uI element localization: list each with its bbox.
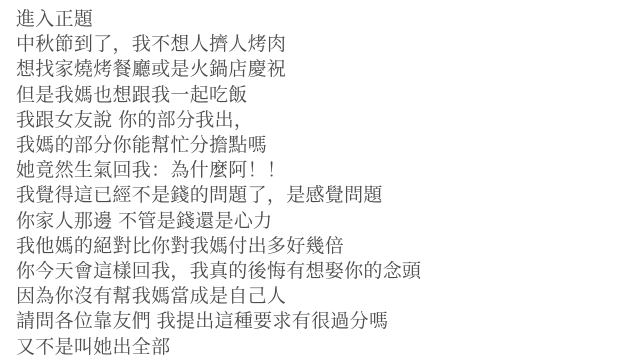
post-line: 進入正題 [16, 7, 614, 32]
post-content: 進入正題 中秋節到了，我不想人擠人烤肉 想找家燒烤餐廳或是火鍋店慶祝 但是我媽也… [0, 0, 624, 360]
post-line: 你家人那邊 不管是錢還是心力 [16, 209, 614, 234]
post-line: 但是我媽也想跟我一起吃飯 [16, 83, 614, 108]
post-line: 你今天會這樣回我，我真的後悔有想娶你的念頭 [16, 259, 614, 284]
post-line: 我他媽的絕對比你對我媽付出多好幾倍 [16, 234, 614, 259]
post-line: 我覺得這已經不是錢的問題了，是感覺問題 [16, 183, 614, 208]
post-line: 請問各位靠友們 我提出這種要求有很過分嗎 [16, 309, 614, 334]
post-line: 我媽的部分你能幫忙分擔點嗎 [16, 133, 614, 158]
post-line: 又不是叫她出全部 [16, 335, 614, 360]
post-line: 我跟女友說 你的部分我出， [16, 108, 614, 133]
post-line: 想找家燒烤餐廳或是火鍋店慶祝 [16, 57, 614, 82]
post-line: 中秋節到了，我不想人擠人烤肉 [16, 32, 614, 57]
post-line: 她竟然生氣回我：為什麼阿！！ [16, 158, 614, 183]
post-line: 因為你沒有幫我媽當成是自己人 [16, 284, 614, 309]
